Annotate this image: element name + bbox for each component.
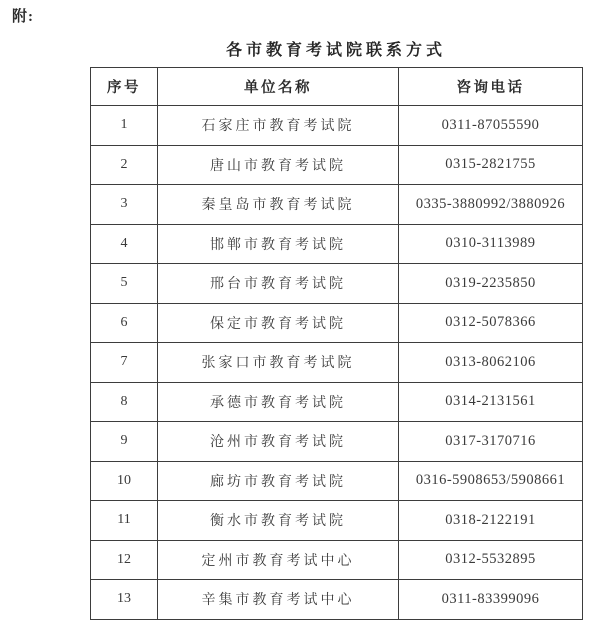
cell-phone: 0313-8062106	[399, 343, 583, 383]
cell-unit: 邢台市教育考试院	[158, 264, 399, 304]
contact-table: 序号 单位名称 咨询电话 1 石家庄市教育考试院 0311-87055590 2…	[90, 67, 583, 620]
table-row: 13 辛集市教育考试中心 0311-83399096	[91, 580, 583, 620]
cell-unit: 沧州市教育考试院	[158, 422, 399, 462]
table-row: 4 邯郸市教育考试院 0310-3113989	[91, 224, 583, 264]
cell-seq: 3	[91, 185, 158, 225]
table-row: 12 定州市教育考试中心 0312-5532895	[91, 540, 583, 580]
cell-seq: 13	[91, 580, 158, 620]
table-row: 10 廊坊市教育考试院 0316-5908653/5908661	[91, 461, 583, 501]
cell-phone: 0311-87055590	[399, 106, 583, 146]
cell-unit: 廊坊市教育考试院	[158, 461, 399, 501]
cell-seq: 10	[91, 461, 158, 501]
table-row: 7 张家口市教育考试院 0313-8062106	[91, 343, 583, 383]
cell-seq: 7	[91, 343, 158, 383]
header-cell-seq: 序号	[91, 68, 158, 106]
cell-unit: 邯郸市教育考试院	[158, 224, 399, 264]
table-row: 3 秦皇岛市教育考试院 0335-3880992/3880926	[91, 185, 583, 225]
cell-seq: 9	[91, 422, 158, 462]
cell-phone: 0335-3880992/3880926	[399, 185, 583, 225]
cell-unit: 辛集市教育考试中心	[158, 580, 399, 620]
table-row: 6 保定市教育考试院 0312-5078366	[91, 303, 583, 343]
attachment-label: 附:	[12, 5, 34, 26]
cell-unit: 秦皇岛市教育考试院	[158, 185, 399, 225]
cell-seq: 4	[91, 224, 158, 264]
cell-seq: 11	[91, 501, 158, 541]
table-row: 8 承德市教育考试院 0314-2131561	[91, 382, 583, 422]
table-row: 1 石家庄市教育考试院 0311-87055590	[91, 106, 583, 146]
cell-phone: 0319-2235850	[399, 264, 583, 304]
table-row: 9 沧州市教育考试院 0317-3170716	[91, 422, 583, 462]
cell-phone: 0312-5532895	[399, 540, 583, 580]
cell-unit: 唐山市教育考试院	[158, 145, 399, 185]
cell-seq: 1	[91, 106, 158, 146]
title-container: 各市教育考试院联系方式	[90, 37, 582, 60]
cell-unit: 定州市教育考试中心	[158, 540, 399, 580]
table-row: 5 邢台市教育考试院 0319-2235850	[91, 264, 583, 304]
cell-unit: 保定市教育考试院	[158, 303, 399, 343]
table-title: 各市教育考试院联系方式	[226, 42, 446, 59]
table-row: 11 衡水市教育考试院 0318-2122191	[91, 501, 583, 541]
cell-seq: 2	[91, 145, 158, 185]
cell-unit: 承德市教育考试院	[158, 382, 399, 422]
cell-phone: 0314-2131561	[399, 382, 583, 422]
cell-seq: 5	[91, 264, 158, 304]
cell-seq: 12	[91, 540, 158, 580]
cell-unit: 张家口市教育考试院	[158, 343, 399, 383]
cell-phone: 0311-83399096	[399, 580, 583, 620]
header-cell-unit: 单位名称	[158, 68, 399, 106]
cell-unit: 石家庄市教育考试院	[158, 106, 399, 146]
header-row: 序号 单位名称 咨询电话	[91, 68, 583, 106]
cell-unit: 衡水市教育考试院	[158, 501, 399, 541]
cell-phone: 0316-5908653/5908661	[399, 461, 583, 501]
header-cell-phone: 咨询电话	[399, 68, 583, 106]
table-row: 2 唐山市教育考试院 0315-2821755	[91, 145, 583, 185]
cell-phone: 0310-3113989	[399, 224, 583, 264]
cell-seq: 6	[91, 303, 158, 343]
cell-phone: 0312-5078366	[399, 303, 583, 343]
cell-phone: 0315-2821755	[399, 145, 583, 185]
cell-seq: 8	[91, 382, 158, 422]
cell-phone: 0318-2122191	[399, 501, 583, 541]
cell-phone: 0317-3170716	[399, 422, 583, 462]
